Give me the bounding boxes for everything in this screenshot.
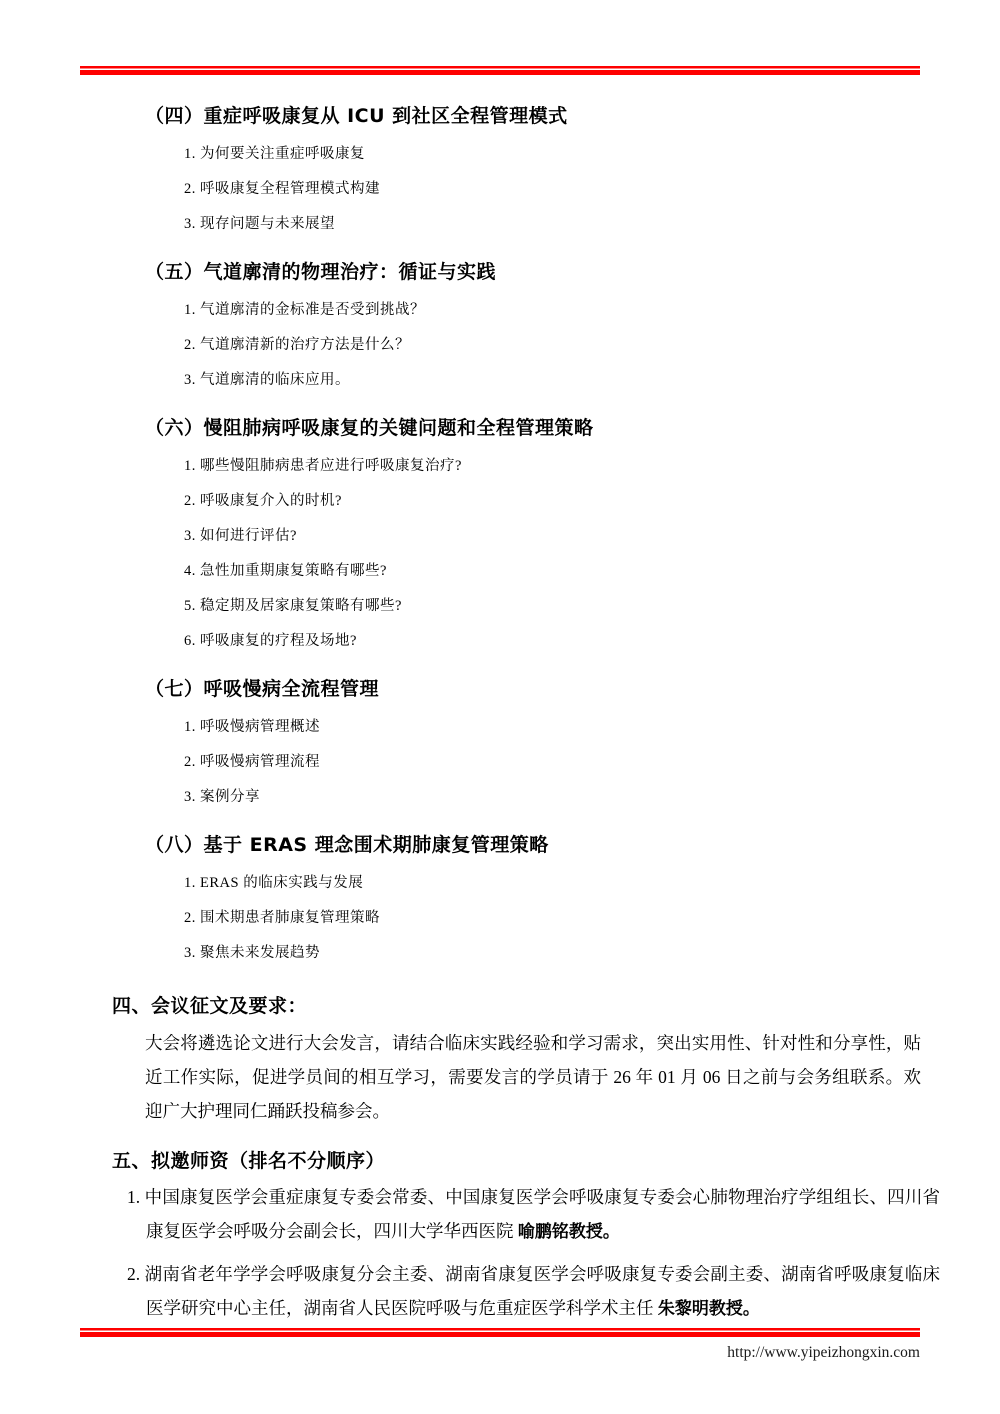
page-footer: http://www.yipeizhongxin.com bbox=[727, 1344, 920, 1362]
section-item: 2. 呼吸康复全程管理模式构建 bbox=[184, 181, 1000, 197]
section-item: 1. ERAS 的临床实践与发展 bbox=[184, 875, 1000, 891]
section-item: 2. 呼吸康复介入的时机? bbox=[184, 493, 1000, 509]
faculty-list: 1. 中国康复医学会重症康复专委会常委、中国康复医学会呼吸康复专委会心肺物理治疗… bbox=[0, 1180, 1000, 1326]
section-item: 1. 气道廓清的金标准是否受到挑战？ bbox=[184, 302, 1000, 318]
faculty-item: 1. 中国康复医学会重症康复专委会常委、中国康复医学会呼吸康复专委会心肺物理治疗… bbox=[127, 1180, 940, 1249]
section-item: 2. 呼吸慢病管理流程 bbox=[184, 754, 1000, 770]
faculty-section: 五、拟邀师资（排名不分顺序） 1. 中国康复医学会重症康复专委会常委、中国康复医… bbox=[0, 1150, 1000, 1326]
document-content: （四）重症呼吸康复从 ICU 到社区全程管理模式1. 为何要关注重症呼吸康复2.… bbox=[0, 76, 1000, 1326]
section-heading: （八）基于 ERAS 理念围术期肺康复管理策略 bbox=[145, 834, 1000, 856]
section-item: 3. 聚焦未来发展趋势 bbox=[184, 945, 1000, 961]
section-heading: （五）气道廓清的物理治疗：循证与实践 bbox=[145, 261, 1000, 283]
bottom-border-line bbox=[80, 1328, 920, 1337]
faculty-item: 2. 湖南省老年学学会呼吸康复分会主委、湖南省康复医学会呼吸康复专委会副主委、湖… bbox=[127, 1257, 940, 1326]
section-item: 1. 呼吸慢病管理概述 bbox=[184, 719, 1000, 735]
section-item: 3. 案例分享 bbox=[184, 789, 1000, 805]
section-item: 3. 气道廓清的临床应用。 bbox=[184, 372, 1000, 388]
section-item: 2. 围术期患者肺康复管理策略 bbox=[184, 910, 1000, 926]
section-item: 3. 如何进行评估? bbox=[184, 528, 1000, 544]
section-item: 4. 急性加重期康复策略有哪些? bbox=[184, 563, 1000, 579]
faculty-name: 朱黎明教授。 bbox=[658, 1299, 760, 1319]
section-item: 1. 为何要关注重症呼吸康复 bbox=[184, 146, 1000, 162]
section-item: 1. 哪些慢阻肺病患者应进行呼吸康复治疗? bbox=[184, 458, 1000, 474]
call-for-papers-body: 大会将遴选论文进行大会发言，请结合临床实践经验和学习需求，突出实用性、针对性和分… bbox=[145, 1026, 921, 1128]
section-item: 5. 稳定期及居家康复策略有哪些? bbox=[184, 598, 1000, 614]
section-item: 2. 气道廓清新的治疗方法是什么？ bbox=[184, 337, 1000, 353]
call-for-papers-heading: 四、会议征文及要求： bbox=[112, 995, 1000, 1017]
faculty-item-text: 2. 湖南省老年学学会呼吸康复分会主委、湖南省康复医学会呼吸康复专委会副主委、湖… bbox=[127, 1264, 940, 1318]
section-heading: （七）呼吸慢病全流程管理 bbox=[145, 678, 1000, 700]
section-item: 6. 呼吸康复的疗程及场地? bbox=[184, 633, 1000, 649]
faculty-name: 喻鹏铭教授。 bbox=[518, 1222, 620, 1242]
course-outline: （四）重症呼吸康复从 ICU 到社区全程管理模式1. 为何要关注重症呼吸康复2.… bbox=[0, 105, 1000, 961]
footer-url: http://www.yipeizhongxin.com bbox=[727, 1344, 920, 1361]
call-for-papers-section: 四、会议征文及要求： 大会将遴选论文进行大会发言，请结合临床实践经验和学习需求，… bbox=[0, 995, 1000, 1128]
section-heading: （四）重症呼吸康复从 ICU 到社区全程管理模式 bbox=[145, 105, 1000, 127]
section-heading: （六）慢阻肺病呼吸康复的关键问题和全程管理策略 bbox=[145, 417, 1000, 439]
document-page: （四）重症呼吸康复从 ICU 到社区全程管理模式1. 为何要关注重症呼吸康复2.… bbox=[0, 0, 1000, 1414]
faculty-heading: 五、拟邀师资（排名不分顺序） bbox=[112, 1150, 1000, 1172]
top-border-line bbox=[80, 66, 920, 75]
section-item: 3. 现存问题与未来展望 bbox=[184, 216, 1000, 232]
